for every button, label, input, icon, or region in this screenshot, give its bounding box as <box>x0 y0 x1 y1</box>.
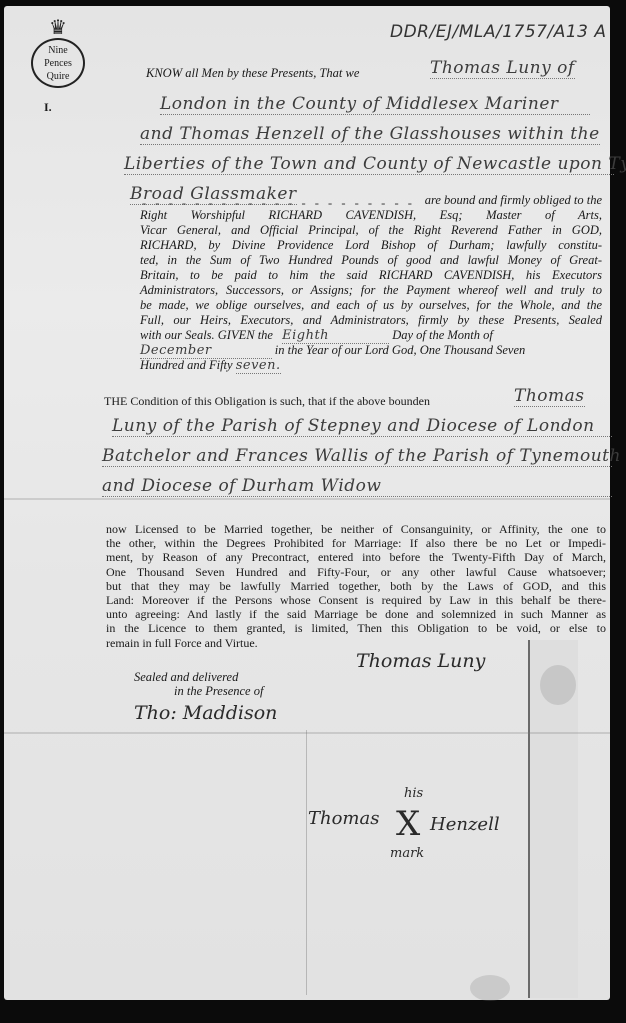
given-line-month: December in the Year of our Lord God, On… <box>140 343 525 358</box>
fold-line <box>306 730 307 995</box>
handwritten-party: Liberties of the Town and County of Newc… <box>124 154 614 175</box>
duty-stamp: ♛ Nine Pences Quire <box>28 18 88 98</box>
printed-line: RICHARD, by Divine Providence Lord Bisho… <box>140 238 602 252</box>
printed-line: be made, we oblige ourselves, and each o… <box>140 298 602 312</box>
handwritten-year: seven. <box>236 358 281 374</box>
handwritten-condition: Batchelor and Frances Wallis of the Pari… <box>102 446 612 467</box>
given-line-year: Hundred and Fifty seven. <box>140 358 281 373</box>
archive-reference: DDR/EJ/MLA/1757/A13 A <box>390 22 606 42</box>
water-stain <box>540 665 576 705</box>
condition-body: now Licensed to be Married together, be … <box>106 522 606 650</box>
mark-label-mark: mark <box>390 846 424 861</box>
handwritten-party: London in the County of Middlesex Marine… <box>160 94 590 115</box>
handwritten-party: Thomas Luny of <box>430 58 575 79</box>
water-stain <box>470 975 510 1001</box>
stamp-ring: Nine Pences Quire <box>31 38 85 88</box>
printed-line: ted, in the Sum of Two Hundred Pounds of… <box>140 253 602 267</box>
printed-line: Administrators, Successors, or Assigns; … <box>140 283 602 297</box>
signature-henzell-surname: Henzell <box>430 814 500 835</box>
handwritten-condition: Thomas <box>514 386 585 407</box>
handwritten-month: December <box>140 343 272 359</box>
printed-line: Vicar General, and Official Principal, o… <box>140 223 602 237</box>
fold-line <box>4 732 610 734</box>
printed-line: are bound and firmly obliged to the <box>356 193 602 207</box>
witness-signature: Tho: Maddison <box>134 702 277 724</box>
condition-opening: THE Condition of this Obligation is such… <box>104 394 430 408</box>
given-line: with our Seals. GIVEN the Eighth Day of … <box>140 328 493 343</box>
printed-line: Full, our Heirs, Executors, and Administ… <box>140 313 602 327</box>
signature-mark-x: X <box>396 804 420 844</box>
obligation-opening: KNOW all Men by these Presents, That we <box>146 66 359 80</box>
signature-henzell-first-name: Thomas <box>308 808 379 829</box>
handwritten-condition: Luny of the Parish of Stepney and Dioces… <box>112 416 612 437</box>
attestation-line: in the Presence of <box>174 684 263 698</box>
printed-line: Britain, to be paid to him the said RICH… <box>140 268 602 282</box>
handwritten-party: and Thomas Henzell of the Glasshouses wi… <box>140 124 600 145</box>
signature-thomas-luny: Thomas Luny <box>356 650 485 672</box>
crown-icon: ♛ <box>28 18 88 38</box>
printed-line: Right Worshipful RICHARD CAVENDISH, Esq;… <box>140 208 602 222</box>
mark-label-his: his <box>404 786 423 801</box>
stamp-number: I. <box>44 100 52 115</box>
handwritten-day: Eighth <box>282 328 389 344</box>
handwritten-condition: and Diocese of Durham Widow <box>102 476 612 497</box>
attestation-line: Sealed and delivered <box>134 670 238 684</box>
fold-line <box>4 498 610 500</box>
